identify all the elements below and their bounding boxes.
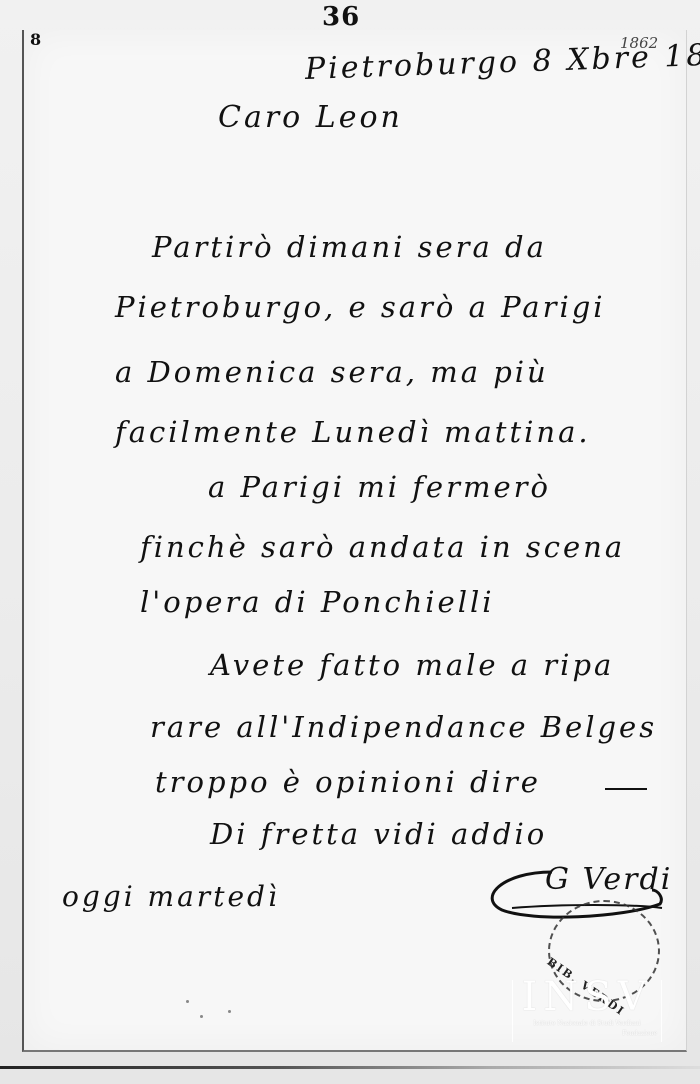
insv-watermark: INSV Istituto Nazionale di Studi Verdian… xyxy=(512,980,662,1042)
letter-salutation: Caro Leon xyxy=(218,100,403,135)
letter-line: troppo è opinioni dire xyxy=(155,765,541,799)
letter-postscript: oggi martedì xyxy=(62,880,280,913)
letter-line: Partirò dimani sera da xyxy=(152,230,547,264)
letter-signature: G Verdi xyxy=(545,862,672,897)
watermark-subcaption: Fondazione xyxy=(622,1030,657,1037)
page-number: 36 xyxy=(322,2,360,32)
handwritten-dash xyxy=(605,788,647,790)
letter-line: Avete fatto male a ripa xyxy=(210,648,614,682)
letter-line: facilmente Lunedì mattina. xyxy=(115,415,591,449)
letter-line: Pietroburgo, e sarò a Parigi xyxy=(115,290,606,324)
paper-speck xyxy=(228,1010,231,1013)
letter-line: Di fretta vidi addio xyxy=(210,817,547,851)
watermark-caption: Istituto Nazionale di Studi Verdiani xyxy=(517,1020,657,1027)
sheet-bottom-edge xyxy=(0,1066,700,1069)
letter-line: a Domenica sera, ma più xyxy=(115,355,549,389)
folio-mark: 8 xyxy=(30,30,41,49)
letter-line: a Parigi mi fermerò xyxy=(208,470,551,504)
letter-line: l'opera di Ponchielli xyxy=(140,585,495,619)
watermark-logo: INSV xyxy=(513,974,661,1020)
letter-line: finchè sarò andata in scena xyxy=(140,530,625,564)
letter-line: rare all'Indipendance Belges xyxy=(150,710,657,744)
paper-speck xyxy=(186,1000,189,1003)
paper-speck xyxy=(200,1015,203,1018)
